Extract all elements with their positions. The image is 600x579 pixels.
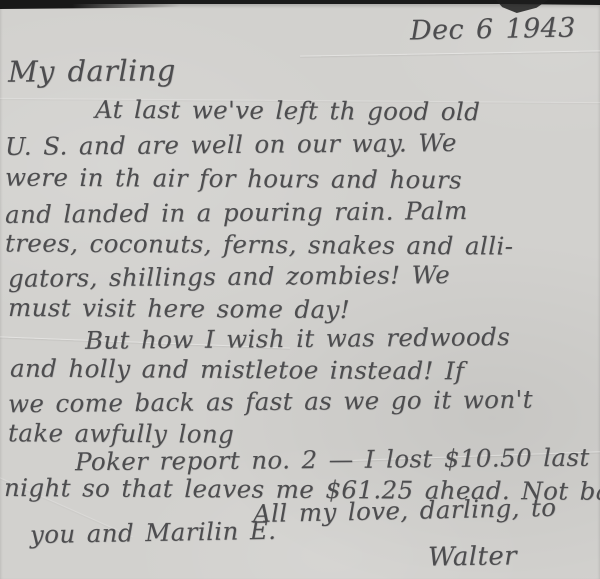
letter-salutation: My darling bbox=[8, 53, 176, 88]
letter-closing-line: you and Marilin E. bbox=[30, 516, 277, 549]
letter-date: Dec 6 1943 bbox=[410, 13, 576, 47]
letter-line: and holly and mistletoe instead! If bbox=[10, 354, 465, 386]
letter-line: and landed in a pouring rain. Palm bbox=[5, 196, 468, 229]
letter-line: we come back as fast as we go it won't bbox=[8, 385, 533, 419]
letter-line: take awfully long bbox=[8, 418, 234, 448]
scanned-letter: Dec 6 1943 My darling At last we've left… bbox=[0, 0, 600, 579]
letter-line: trees, coconuts, ferns, snakes and alli- bbox=[5, 228, 513, 260]
letter-line: U. S. and are well on our way. We bbox=[5, 128, 457, 161]
letter-line: But how I wish it was redwoods bbox=[85, 322, 510, 355]
letter-line: Poker report no. 2 — I lost $10.50 last bbox=[75, 443, 590, 476]
letter-line: must visit here some day! bbox=[8, 293, 350, 324]
letter-signature: Walter bbox=[428, 541, 517, 572]
letter-line: were in th air for hours and hours bbox=[5, 163, 462, 195]
letter-line: At last we've left th good old bbox=[95, 95, 480, 126]
letter-closing-line: All my love, darling, to bbox=[253, 493, 557, 528]
letter-line: gators, shillings and zombies! We bbox=[8, 260, 450, 293]
letter-paper: Dec 6 1943 My darling At last we've left… bbox=[0, 4, 600, 579]
paper-crease bbox=[300, 50, 600, 56]
